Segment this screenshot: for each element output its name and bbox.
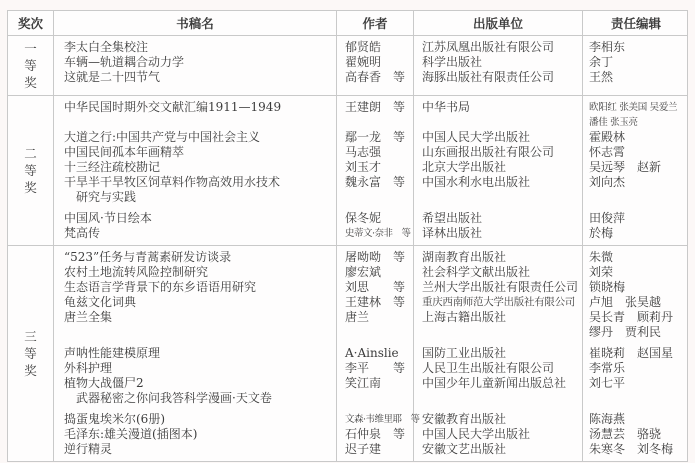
book-title-cell: 这就是二十四节气 <box>54 70 336 85</box>
book-author-cell: 迟子建 <box>337 442 413 457</box>
award-rank-char: 等 <box>24 345 37 362</box>
book-publisher-cell: 上海古籍出版社 <box>414 310 582 340</box>
book-title-cell: 捣蛋鬼埃米尔(6册) <box>54 412 336 427</box>
book-publisher-cell: 中华书局 <box>414 100 582 130</box>
book-author-cell: 王建林 等 <box>337 295 413 310</box>
book-author-cell: 王建朗 等 <box>337 100 413 130</box>
book-author-cell: 笑江南 <box>337 376 413 406</box>
book-editor-cell: 崔晓莉 赵国星 <box>583 346 689 361</box>
book-editor-cell: 刘荣 <box>583 265 689 280</box>
book-title-cell: 中华民国时期外交文献汇编1911—1949 <box>54 100 336 130</box>
award-rank-char: 等 <box>24 162 37 179</box>
book-editor-cell: 李相东 <box>583 40 689 55</box>
book-editor-cell: 锁晓梅 <box>583 280 689 295</box>
book-editor-cell: 朱微 <box>583 250 689 265</box>
book-publisher-cell: 人民卫生出版社有限公司 <box>414 361 582 376</box>
book-title-cell: 植物大战僵尸2 武器秘密之你问我答科学漫画·天文卷 <box>54 376 336 406</box>
book-editor-cells-column: 朱微刘荣锁晓梅卢旭 张昊越吴长青 顾莉丹 缪丹 贾利民崔晓莉 赵国星李常乐刘七平… <box>583 246 689 461</box>
book-editor-cell: 刘七平 <box>583 376 689 406</box>
book-publisher-cell: 山东画报出版社有限公司 <box>414 145 582 160</box>
book-editor-cells-column: 欧阳红 张美国 吴爱兰 潘佳 张玉亮霍殿林怀志霄吴远琴 赵新刘向杰田俊萍於梅 <box>583 96 689 245</box>
book-publisher-cell: 社会科学文献出版社 <box>414 265 582 280</box>
book-publisher-cell: 江苏凤凰出版社有限公司 <box>414 40 582 55</box>
book-author-cell: 石仲泉 等 <box>337 427 413 442</box>
book-author-cell: 保冬妮 <box>337 211 413 226</box>
table-header-row: 奖次 书稿名 作者 出版单位 责任编辑 <box>8 11 687 36</box>
book-editor-cells-column: 李相东余丁王然 <box>583 36 689 95</box>
book-author-cell: 刘玉才 <box>337 160 413 175</box>
book-publisher-cells-column: 湖南教育出版社社会科学文献出版社兰州大学出版社有限责任公司重庆西南师范大学出版社… <box>414 246 583 461</box>
book-title-cell: 生态语言学背景下的东乡语语用研究 <box>54 280 336 295</box>
book-editor-cell: 怀志霄 <box>583 145 689 160</box>
book-title-cells-column: “523”任务与青蒿素研发访谈录农村土地流转风险控制研究生态语言学背景下的东乡语… <box>54 246 337 461</box>
book-author-cell: A·Ainslie <box>337 346 413 361</box>
award-group-3: 三等奖“523”任务与青蒿素研发访谈录农村土地流转风险控制研究生态语言学背景下的… <box>8 246 687 461</box>
book-title-cells-column: 中华民国时期外交文献汇编1911—1949大道之行:中国共产党与中国社会主义中国… <box>54 96 337 245</box>
book-title-cell: 农村土地流转风险控制研究 <box>54 265 336 280</box>
award-rank-char: 一 <box>24 40 37 57</box>
award-rank-char: 奖 <box>24 179 37 196</box>
book-editor-cell: 卢旭 张昊越 <box>583 295 689 310</box>
book-publisher-cell: 希望出版社 <box>414 211 582 226</box>
book-author-cells-column: 屠呦呦 等廖宏斌刘思 等王建林 等唐兰A·Ainslie李平 等笑江南文森·韦维… <box>337 246 414 461</box>
award-rank-char: 三 <box>24 328 37 345</box>
book-editor-cell: 汤慧芸 骆骁 <box>583 427 689 442</box>
book-title-cell: 毛泽东:雄关漫道(插图本) <box>54 427 336 442</box>
book-author-cells-column: 王建朗 等鄢一龙 等马志强刘玉才魏永富 等保冬妮史蒂文·奈非 等 <box>337 96 414 245</box>
book-title-cell: 龟兹文化词典 <box>54 295 336 310</box>
book-author-cell: 唐兰 <box>337 310 413 340</box>
book-editor-cell: 朱寒冬 刘冬梅 <box>583 442 689 457</box>
book-editor-cell: 陈海燕 <box>583 412 689 427</box>
book-author-cell: 高春香 等 <box>337 70 413 85</box>
header-editor: 责任编辑 <box>583 11 689 35</box>
header-book-title: 书稿名 <box>54 11 337 35</box>
book-publisher-cell: 中国水利水电出版社 <box>414 175 582 205</box>
book-title-cell: 大道之行:中国共产党与中国社会主义 <box>54 130 336 145</box>
book-publisher-cell: 中国人民大学出版社 <box>414 427 582 442</box>
header-publisher: 出版单位 <box>414 11 583 35</box>
award-rank-char: 奖 <box>24 74 37 91</box>
book-editor-cell: 田俊萍 <box>583 211 689 226</box>
award-rank-label: 一等奖 <box>8 36 54 95</box>
book-title-cell: “523”任务与青蒿素研发访谈录 <box>54 250 336 265</box>
award-rank-char: 二 <box>24 145 37 162</box>
book-publisher-cells-column: 江苏凤凰出版社有限公司科学出版社海豚出版社有限责任公司 <box>414 36 583 95</box>
award-rank-label: 二等奖 <box>8 96 54 245</box>
award-group-1: 一等奖李太白全集校注车辆—轨道耦合动力学这就是二十四节气郁贤皓翟婉明高春香 等江… <box>8 36 687 96</box>
book-author-cell: 文森·韦维里耶 等 <box>337 412 413 427</box>
book-editor-cell: 李常乐 <box>583 361 689 376</box>
book-author-cell: 魏永富 等 <box>337 175 413 205</box>
book-editor-cell: 王然 <box>583 70 689 85</box>
book-publisher-cell: 湖南教育出版社 <box>414 250 582 265</box>
book-author-cell: 屠呦呦 等 <box>337 250 413 265</box>
book-editor-cell: 於梅 <box>583 226 689 241</box>
book-awards-table: 奖次 书稿名 作者 出版单位 责任编辑 一等奖李太白全集校注车辆—轨道耦合动力学… <box>7 10 688 462</box>
book-author-cell: 史蒂文·奈非 等 <box>337 226 413 241</box>
award-rank-char: 奖 <box>24 362 37 379</box>
book-editor-cell: 欧阳红 张美国 吴爱兰 潘佳 张玉亮 <box>583 100 689 130</box>
book-publisher-cell: 国防工业出版社 <box>414 346 582 361</box>
book-publisher-cell: 安徽文艺出版社 <box>414 442 582 457</box>
book-title-cells-column: 李太白全集校注车辆—轨道耦合动力学这就是二十四节气 <box>54 36 337 95</box>
book-title-cell: 干旱半干旱牧区饲草料作物高效用水技术 研究与实践 <box>54 175 336 205</box>
book-author-cell: 鄢一龙 等 <box>337 130 413 145</box>
header-author: 作者 <box>337 11 414 35</box>
book-publisher-cell: 中国少年儿童新闻出版总社 <box>414 376 582 406</box>
book-author-cell: 马志强 <box>337 145 413 160</box>
book-publisher-cell: 译林出版社 <box>414 226 582 241</box>
book-author-cell: 廖宏斌 <box>337 265 413 280</box>
book-author-cell: 翟婉明 <box>337 55 413 70</box>
book-title-cell: 李太白全集校注 <box>54 40 336 55</box>
book-title-cell: 外科护理 <box>54 361 336 376</box>
book-editor-cell: 吴远琴 赵新 <box>583 160 689 175</box>
award-group-2: 二等奖中华民国时期外交文献汇编1911—1949大道之行:中国共产党与中国社会主… <box>8 96 687 246</box>
book-publisher-cell: 兰州大学出版社有限责任公司 <box>414 280 582 295</box>
book-publisher-cell: 科学出版社 <box>414 55 582 70</box>
book-publisher-cells-column: 中华书局中国人民大学出版社山东画报出版社有限公司北京大学出版社中国水利水电出版社… <box>414 96 583 245</box>
book-publisher-cell: 重庆西南师范大学出版社有限公司 <box>414 295 582 310</box>
book-title-cell: 唐兰全集 <box>54 310 336 340</box>
book-author-cells-column: 郁贤皓翟婉明高春香 等 <box>337 36 414 95</box>
book-author-cell: 刘思 等 <box>337 280 413 295</box>
header-award-rank: 奖次 <box>8 11 54 35</box>
book-publisher-cell: 海豚出版社有限责任公司 <box>414 70 582 85</box>
book-title-cell: 声呐性能建模原理 <box>54 346 336 361</box>
book-publisher-cell: 中国人民大学出版社 <box>414 130 582 145</box>
award-rank-label: 三等奖 <box>8 246 54 461</box>
book-editor-cell: 余丁 <box>583 55 689 70</box>
book-author-cell: 郁贤皓 <box>337 40 413 55</box>
table-body: 一等奖李太白全集校注车辆—轨道耦合动力学这就是二十四节气郁贤皓翟婉明高春香 等江… <box>8 36 687 461</box>
book-publisher-cell: 北京大学出版社 <box>414 160 582 175</box>
award-rank-char: 等 <box>24 57 37 74</box>
book-title-cell: 逆行精灵 <box>54 442 336 457</box>
book-author-cell: 李平 等 <box>337 361 413 376</box>
book-title-cell: 中国风·节日绘本 <box>54 211 336 226</box>
book-title-cell: 中国民间孤本年画精萃 <box>54 145 336 160</box>
book-publisher-cell: 安徽教育出版社 <box>414 412 582 427</box>
book-editor-cell: 刘向杰 <box>583 175 689 205</box>
book-title-cell: 梵高传 <box>54 226 336 241</box>
book-title-cell: 车辆—轨道耦合动力学 <box>54 55 336 70</box>
book-editor-cell: 吴长青 顾莉丹 缪丹 贾利民 <box>583 310 689 340</box>
book-title-cell: 十三经注疏校勘记 <box>54 160 336 175</box>
book-editor-cell: 霍殿林 <box>583 130 689 145</box>
